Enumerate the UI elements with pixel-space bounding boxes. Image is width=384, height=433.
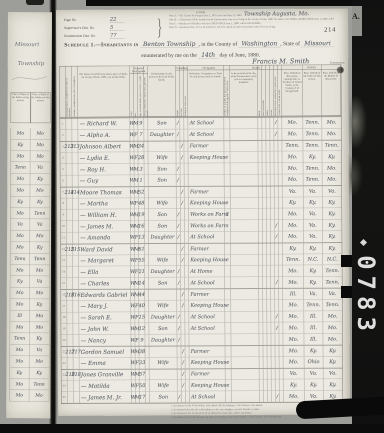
handwritten-entry: / bbox=[181, 155, 183, 161]
adjacent-page-strip: Missouri Township Place of Birth of the … bbox=[6, 12, 52, 418]
column-header-label: Dwelling houses, numbered in order of vi… bbox=[66, 73, 71, 117]
handwritten-entry: N.C. bbox=[308, 257, 319, 263]
table-cell: — Guy bbox=[78, 175, 130, 186]
table-cell: Jones Granville bbox=[79, 369, 131, 380]
handwritten-entry: 9 bbox=[139, 121, 142, 127]
handwritten-entry: Ky. bbox=[310, 279, 317, 285]
handwritten-entry: Ky. bbox=[310, 382, 317, 388]
handwritten-entry: Va. bbox=[309, 211, 317, 217]
handwritten-entry: Mo bbox=[36, 325, 43, 330]
form-note-line: Note D.—Questions Nos. 13, 14, 22 and 23… bbox=[169, 25, 334, 30]
table-cell: Mo. bbox=[323, 334, 342, 345]
table-cell: Va. bbox=[322, 186, 341, 196]
table-cell: Ill. bbox=[304, 311, 323, 322]
handwritten-entry: Ky. bbox=[309, 154, 316, 160]
table-cell bbox=[231, 357, 259, 368]
column-header-label: Cannot read. Cannot write. bbox=[278, 72, 281, 116]
handwritten-entry: 216 bbox=[71, 292, 81, 298]
column-header-label: Age at last birthday prior to June 1, 18… bbox=[139, 73, 142, 117]
handwritten-entry: Ky bbox=[17, 279, 23, 284]
table-cell: Mo. bbox=[283, 208, 304, 219]
handwritten-entry: Ky. bbox=[310, 268, 317, 274]
handwritten-entry: Wife bbox=[156, 155, 167, 161]
column-header: The Name of each Person whose place of a… bbox=[78, 66, 130, 117]
table-cell: Tenn. bbox=[304, 299, 323, 310]
column-group-label: Personal Description bbox=[130, 67, 148, 74]
table-cell: At School bbox=[189, 323, 225, 334]
handwritten-entry: Mo bbox=[16, 291, 23, 296]
handwritten-entry: Ky bbox=[18, 142, 24, 147]
table-cell: Keeping House bbox=[189, 357, 225, 368]
handwritten-entry: Mo bbox=[36, 143, 43, 148]
table-cell: Mo. bbox=[283, 265, 304, 276]
handwritten-entry: Tenn. bbox=[325, 143, 339, 149]
handwritten-entry: Va bbox=[37, 165, 43, 170]
table-cell: Farmer bbox=[189, 244, 225, 255]
strip-cell: Ky bbox=[30, 174, 50, 185]
handwritten-entry: Ky. bbox=[328, 200, 335, 206]
table-cell: Keeping House bbox=[188, 197, 224, 208]
handwritten-entry: 21 bbox=[138, 269, 144, 275]
table-cell bbox=[231, 346, 259, 357]
handwritten-entry: F bbox=[134, 132, 138, 138]
strip-row: MoMo bbox=[9, 356, 49, 368]
handwritten-entry: 34 bbox=[138, 144, 144, 150]
handwritten-entry: Mo. bbox=[288, 234, 298, 240]
table-cell: — John W. bbox=[79, 323, 131, 334]
strip-cell: Va bbox=[30, 162, 50, 173]
table-cell: Ky. bbox=[303, 151, 322, 162]
table-cell: Ky. bbox=[283, 243, 304, 254]
handwritten-entry: — Guy bbox=[80, 177, 98, 184]
film-top-band bbox=[86, 0, 384, 6]
handwritten-entry: Tenn. bbox=[325, 268, 339, 274]
handwritten-entry: Va. bbox=[309, 188, 317, 194]
handwritten-entry: Tenn. bbox=[305, 143, 319, 149]
strip-row: KyVa bbox=[10, 276, 50, 288]
table-cell: Son bbox=[149, 391, 177, 402]
handwritten-entry: Son bbox=[157, 121, 167, 127]
table-cell: Keeping House bbox=[189, 300, 225, 311]
district-block: Page No. 22 Supervisor's Dist. No. 5 Enu… bbox=[64, 17, 124, 41]
handwritten-entry: / bbox=[182, 349, 184, 355]
table-cell: Va. bbox=[304, 289, 323, 299]
strip-cell: Mo bbox=[9, 356, 29, 367]
schedule-title-line: Schedule 1.—Inhabitants in Benton Townsh… bbox=[64, 40, 334, 48]
table-cell: Va. bbox=[304, 368, 323, 378]
table-cell: Ky. bbox=[304, 346, 323, 356]
handwritten-entry: / bbox=[178, 337, 180, 343]
strip-row: MoMo bbox=[10, 185, 50, 197]
state-value: Missouri bbox=[301, 40, 334, 48]
strip-cell: Mo bbox=[30, 185, 50, 196]
strip-cell: Mo bbox=[10, 185, 30, 196]
handwritten-entry: / bbox=[177, 132, 179, 138]
table-cell bbox=[230, 152, 258, 163]
handwritten-entry: Ky bbox=[37, 302, 43, 307]
handwritten-entry: Wife bbox=[157, 200, 168, 206]
handwritten-entry: / bbox=[182, 246, 184, 252]
handwritten-entry: 215 bbox=[71, 247, 81, 253]
page-no-value: 22 bbox=[110, 17, 124, 23]
table-cell: — Margaret bbox=[79, 255, 131, 266]
county-value: Washington bbox=[239, 40, 281, 48]
strip-flourish bbox=[10, 71, 50, 86]
table-cell bbox=[231, 289, 259, 300]
handwritten-entry: / bbox=[276, 234, 278, 240]
table-cell: — Amanda bbox=[79, 232, 131, 243]
strip-cell: Mo bbox=[30, 151, 50, 162]
table-cell: Edwards Gabriel bbox=[79, 290, 131, 301]
table-cell: Va. bbox=[303, 186, 322, 196]
table-cell: Tenn. bbox=[303, 174, 322, 185]
strip-row: TennKy bbox=[10, 333, 50, 345]
strip-row: MoMo bbox=[10, 265, 50, 277]
handwritten-entry: Tenn. bbox=[305, 131, 319, 137]
handwritten-entry: / bbox=[182, 257, 184, 263]
table-cell: — Richard W. bbox=[78, 118, 130, 129]
table-cell bbox=[231, 231, 259, 242]
table-cell: At School bbox=[189, 311, 225, 322]
handwritten-entry: — James M. Jr. bbox=[81, 394, 122, 401]
handwritten-entry: Ill. bbox=[310, 314, 317, 320]
column-header: Place of Birth of the Father of this per… bbox=[303, 65, 322, 116]
handwritten-entry: Wife bbox=[157, 360, 168, 366]
column-header: Is the person [on the day of the Enumera… bbox=[230, 65, 258, 116]
handwritten-entry: — James M. bbox=[80, 223, 113, 230]
table-cell bbox=[231, 277, 259, 288]
table-cell: Mo. bbox=[282, 163, 303, 174]
table-row: 11— AmandaWF13Daughter/At School/Mo.Va.K… bbox=[61, 231, 342, 244]
handwritten-entry: Mo. bbox=[328, 336, 338, 342]
handwritten-entry: Mo. bbox=[288, 211, 298, 217]
table-cell: Ky. bbox=[323, 208, 342, 219]
table-cell: At School bbox=[189, 232, 225, 243]
strip-cell: Va bbox=[30, 276, 50, 287]
column-header-label: Sex. bbox=[134, 73, 137, 117]
day-value: 14th bbox=[198, 51, 218, 59]
table-cell bbox=[231, 380, 259, 391]
census-scan: Missouri Township Place of Birth of the … bbox=[0, 0, 384, 433]
handwritten-entry: — Ella bbox=[80, 269, 98, 276]
handwritten-entry: 13 bbox=[138, 235, 144, 241]
table-cell: Mo. bbox=[323, 311, 342, 322]
supervisor-dist-value: 5 bbox=[110, 25, 124, 31]
handwritten-entry: Mo. bbox=[288, 131, 298, 137]
strip-cell: Mo bbox=[30, 265, 50, 276]
film-notch bbox=[350, 156, 362, 196]
handwritten-entry: Wife bbox=[157, 383, 168, 389]
column-header-label: Color. bbox=[130, 73, 133, 117]
handwritten-entry: Tenn bbox=[34, 382, 45, 387]
strip-row: MoTenn bbox=[10, 208, 50, 220]
table-cell: Ky. bbox=[304, 379, 323, 390]
table-cell: Daughter bbox=[149, 312, 177, 323]
handwritten-entry: / bbox=[177, 166, 179, 172]
handwritten-entry: Ky. bbox=[329, 234, 336, 240]
strip-cell: Mo bbox=[10, 299, 30, 310]
table-cell: — James M. bbox=[79, 221, 131, 232]
table-cell bbox=[149, 369, 177, 380]
table-cell: — Alpha A. bbox=[78, 130, 130, 141]
table-cell: Daughter bbox=[148, 129, 176, 140]
handwritten-entry: Va. bbox=[329, 371, 337, 377]
handwritten-entry: Mo. bbox=[289, 393, 299, 399]
handwritten-entry: Works on Farm bbox=[190, 223, 228, 229]
handwritten-entry: Tenn bbox=[15, 165, 26, 170]
table-cell: Tenn. bbox=[323, 299, 342, 310]
table-cell: Tenn. bbox=[282, 141, 303, 152]
handwritten-entry: At School bbox=[191, 326, 215, 332]
strip-row: MoTenn bbox=[9, 379, 49, 391]
strip-cell: Mo bbox=[10, 174, 30, 185]
handwritten-entry: Mo. bbox=[327, 131, 337, 137]
handwritten-entry: Daughter bbox=[151, 337, 175, 343]
handwritten-entry: 16 bbox=[138, 223, 144, 229]
handwritten-entry: — Matilda bbox=[81, 383, 110, 390]
table-cell bbox=[148, 141, 176, 152]
strip-cell: Mo bbox=[9, 390, 29, 401]
column-header-label: The Name of each Person whose place of a… bbox=[78, 66, 130, 79]
film-top-mark bbox=[26, 0, 44, 5]
table-cell: Mo. bbox=[283, 220, 304, 231]
strip-row: KyKy bbox=[10, 196, 50, 208]
handwritten-entry: Mo bbox=[36, 313, 43, 318]
handwritten-entry: / bbox=[178, 269, 180, 275]
handwritten-entry: Ky. bbox=[329, 382, 336, 388]
handwritten-entry: Mo. bbox=[288, 302, 298, 308]
column-header-label: Insane. bbox=[270, 72, 273, 116]
strip-cell: Tenn bbox=[30, 208, 50, 219]
strip-cell: Mo bbox=[30, 310, 50, 321]
handwritten-entry: — Martha bbox=[80, 200, 108, 207]
table-cell: At School bbox=[189, 277, 225, 288]
handwritten-entry: Mo bbox=[36, 291, 43, 296]
handwritten-entry: 57 bbox=[139, 372, 145, 378]
handwritten-entry: — Margaret bbox=[80, 257, 114, 264]
handwritten-entry: Ky. bbox=[289, 200, 296, 206]
table-cell: Keeping House bbox=[189, 254, 225, 265]
strip-cell: Tenn bbox=[29, 379, 49, 390]
column-group-label: Condition bbox=[176, 67, 188, 71]
strip-cell: Mo bbox=[29, 356, 49, 367]
table-row: 2— Alpha A.WF7Daughter/At School/Mo.Tenn… bbox=[60, 128, 341, 141]
handwritten-entry: Ky. bbox=[329, 359, 336, 365]
strip-cell: Mo bbox=[10, 265, 30, 276]
strip-cell: Mo bbox=[30, 288, 50, 299]
table-cell: At School bbox=[189, 391, 225, 402]
strip-rows: MoMoKyMoMoMoTennVaMoKyMoMoKyKyMoTennVaVa… bbox=[9, 128, 50, 402]
column-group-label: Health bbox=[230, 66, 282, 70]
table-cell: — Charles bbox=[79, 278, 131, 289]
strip-cell: Va bbox=[30, 345, 50, 356]
page-no-label: Page No. bbox=[64, 18, 110, 22]
strip-cell: Tenn bbox=[30, 253, 50, 264]
handwritten-entry: Son bbox=[157, 178, 167, 184]
strip-cell: Mo bbox=[10, 345, 30, 356]
strip-cell: Ky bbox=[10, 276, 30, 287]
table-cell: Va. bbox=[304, 208, 323, 219]
strip-row: MoMo bbox=[10, 151, 50, 163]
handwritten-entry: M bbox=[134, 178, 139, 184]
table-body: 1— Richard W.WM9Son/At School/Mo.Tenn.Mo… bbox=[60, 117, 342, 403]
column-header-label bbox=[60, 66, 66, 73]
table-cell: Tenn. bbox=[323, 277, 342, 288]
handwritten-entry: Tenn. bbox=[285, 143, 299, 149]
handwritten-entry: Mo bbox=[17, 177, 24, 182]
handwritten-entry: Daughter bbox=[151, 314, 175, 320]
table-cell: Daughter bbox=[149, 334, 177, 345]
table-cell: Va. bbox=[323, 288, 342, 298]
handwritten-entry: Mo bbox=[16, 382, 23, 387]
handwritten-entry: Mo. bbox=[328, 313, 338, 319]
handwritten-entry: Mo bbox=[36, 359, 43, 364]
handwritten-entry: N.C. bbox=[327, 257, 338, 263]
strip-cell: Ky bbox=[30, 333, 50, 344]
table-cell bbox=[230, 163, 258, 174]
handwritten-entry: Mo. bbox=[289, 348, 299, 354]
handwritten-entry: Tenn. bbox=[306, 177, 320, 183]
handwritten-entry: Ill. bbox=[290, 291, 297, 297]
handwritten-entry: 9 bbox=[140, 337, 143, 343]
handwritten-entry: Mo bbox=[16, 268, 23, 273]
handwritten-entry: Mo bbox=[17, 188, 24, 193]
table-cell: Daughter bbox=[149, 266, 177, 277]
handwritten-entry: / bbox=[276, 314, 278, 320]
film-edge-band bbox=[352, 0, 384, 433]
strip-handwriting: Township bbox=[18, 60, 44, 67]
handwritten-entry: / bbox=[182, 292, 184, 298]
table-cell: Wife bbox=[148, 152, 176, 163]
county-label: , in the County of bbox=[198, 41, 237, 47]
handwritten-entry: Mo. bbox=[288, 154, 298, 160]
handwritten-entry: Mo bbox=[16, 234, 23, 239]
table-cell: At School bbox=[188, 129, 224, 140]
table-cell: Mo. bbox=[322, 174, 341, 185]
enumeration-dist-value: 77 bbox=[110, 33, 124, 39]
table-cell: Son bbox=[149, 209, 177, 220]
strip-cell: Mo bbox=[10, 151, 30, 162]
handwritten-entry: Mo. bbox=[288, 268, 298, 274]
strip-row: MoKy bbox=[10, 174, 50, 186]
handwritten-entry: Ky. bbox=[309, 245, 316, 251]
handwritten-entry: Tenn. bbox=[325, 279, 339, 285]
film-splice-mark bbox=[341, 286, 352, 298]
handwritten-entry: — Sarah E. bbox=[81, 314, 112, 321]
table-cell bbox=[230, 129, 258, 140]
handwritten-entry: 50 bbox=[139, 383, 145, 389]
column-header: Place of Birth of the Mother of this per… bbox=[322, 65, 341, 116]
table-cell: Mo. bbox=[322, 128, 341, 139]
strip-cell: Mo bbox=[10, 242, 30, 253]
handwritten-entry: Works on Farm bbox=[190, 211, 228, 217]
handwritten-entry: Va bbox=[37, 222, 43, 227]
table-header: Dwelling houses, numbered in order of vi… bbox=[60, 65, 341, 118]
handwritten-entry: At School bbox=[191, 394, 215, 400]
handwritten-entry: Va. bbox=[289, 189, 297, 195]
handwritten-entry: F bbox=[135, 337, 139, 343]
handwritten-entry: Farmer bbox=[191, 371, 210, 377]
table-row: 6— GuyWM1Son/Mo.Tenn.Mo. bbox=[60, 174, 341, 187]
strip-cell: Mo bbox=[9, 379, 29, 390]
handwritten-entry: Son bbox=[158, 223, 168, 229]
handwritten-entry: Ky. bbox=[328, 211, 335, 217]
handwritten-entry: — Amanda bbox=[80, 234, 110, 241]
handwritten-entry: 218 bbox=[71, 372, 81, 378]
township-value: Benton Township bbox=[140, 40, 199, 48]
handwritten-entry: Ky. bbox=[310, 348, 317, 354]
table-cell: Son bbox=[148, 163, 176, 174]
strip-cell: Ky bbox=[30, 299, 50, 310]
strip-cell: Ky bbox=[10, 196, 30, 207]
table-cell: Moore Thomas bbox=[78, 187, 130, 198]
table-cell: Son bbox=[148, 175, 176, 186]
strip-row: TennTenn bbox=[10, 253, 50, 265]
handwritten-entry: At School bbox=[190, 234, 214, 240]
handwritten-entry: / bbox=[178, 235, 180, 241]
table-cell: Ky. bbox=[304, 265, 323, 276]
table-cell: At School bbox=[188, 118, 224, 129]
table-cell: Ky. bbox=[323, 243, 342, 253]
table-cell bbox=[189, 334, 225, 345]
handwritten-entry: / bbox=[177, 178, 179, 184]
strip-row: TennVa bbox=[10, 162, 50, 174]
handwritten-entry: Ky bbox=[37, 336, 43, 341]
table-cell: Farmer bbox=[189, 289, 225, 300]
handwritten-entry: / bbox=[177, 212, 179, 218]
table-cell: Ky. bbox=[304, 243, 323, 253]
handwritten-entry: 12 bbox=[139, 326, 145, 332]
handwritten-entry: 38 bbox=[139, 349, 145, 355]
table-cell: Ky. bbox=[322, 151, 341, 162]
column-header-label: Deaf and Dumb. bbox=[262, 72, 265, 116]
table-cell: Works on Farm bbox=[189, 220, 225, 231]
table-cell: Farmer bbox=[189, 369, 225, 380]
table-cell: — Lydia E. bbox=[78, 152, 130, 163]
strip-cell: Mo bbox=[10, 288, 30, 299]
handwritten-entry: Tenn bbox=[34, 256, 45, 261]
handwritten-entry: Jones Granville bbox=[81, 371, 123, 378]
table-cell: Ky. bbox=[323, 379, 342, 390]
handwritten-entry: Mo. bbox=[288, 177, 298, 183]
handwritten-entry: — Mary J. bbox=[81, 303, 108, 310]
handwritten-entry: / bbox=[276, 280, 278, 286]
column-header-label: Married. bbox=[180, 73, 183, 117]
table-cell: Mo. bbox=[322, 117, 341, 128]
handwritten-entry: Son bbox=[157, 166, 167, 172]
strip-cell: Mo bbox=[10, 208, 30, 219]
handwritten-entry: Mo. bbox=[289, 337, 299, 343]
handwritten-entry: 28 bbox=[138, 155, 144, 161]
handwritten-entry: — Lydia E. bbox=[80, 155, 110, 162]
table-cell bbox=[230, 186, 258, 197]
column-header-label: Idiotic. bbox=[266, 72, 269, 116]
handwritten-entry: Mo bbox=[36, 188, 43, 193]
handwritten-entry: Son bbox=[158, 280, 168, 286]
handwritten-entry: 55 bbox=[138, 258, 144, 264]
table-cell: Tenn. bbox=[303, 140, 322, 150]
table-cell: Wife bbox=[149, 380, 177, 391]
table-cell: — William H. bbox=[79, 209, 131, 220]
handwritten-entry: — Richard W. bbox=[80, 120, 117, 127]
handwritten-entry: / bbox=[177, 121, 179, 127]
table-cell: Works on Farm bbox=[189, 209, 225, 220]
table-cell: Mo. bbox=[283, 357, 304, 368]
table-cell: Son bbox=[149, 323, 177, 334]
table-cell: Ky. bbox=[323, 220, 342, 231]
strip-cell: Ky bbox=[30, 196, 50, 207]
table-cell: Gordon Samuel bbox=[79, 347, 131, 358]
